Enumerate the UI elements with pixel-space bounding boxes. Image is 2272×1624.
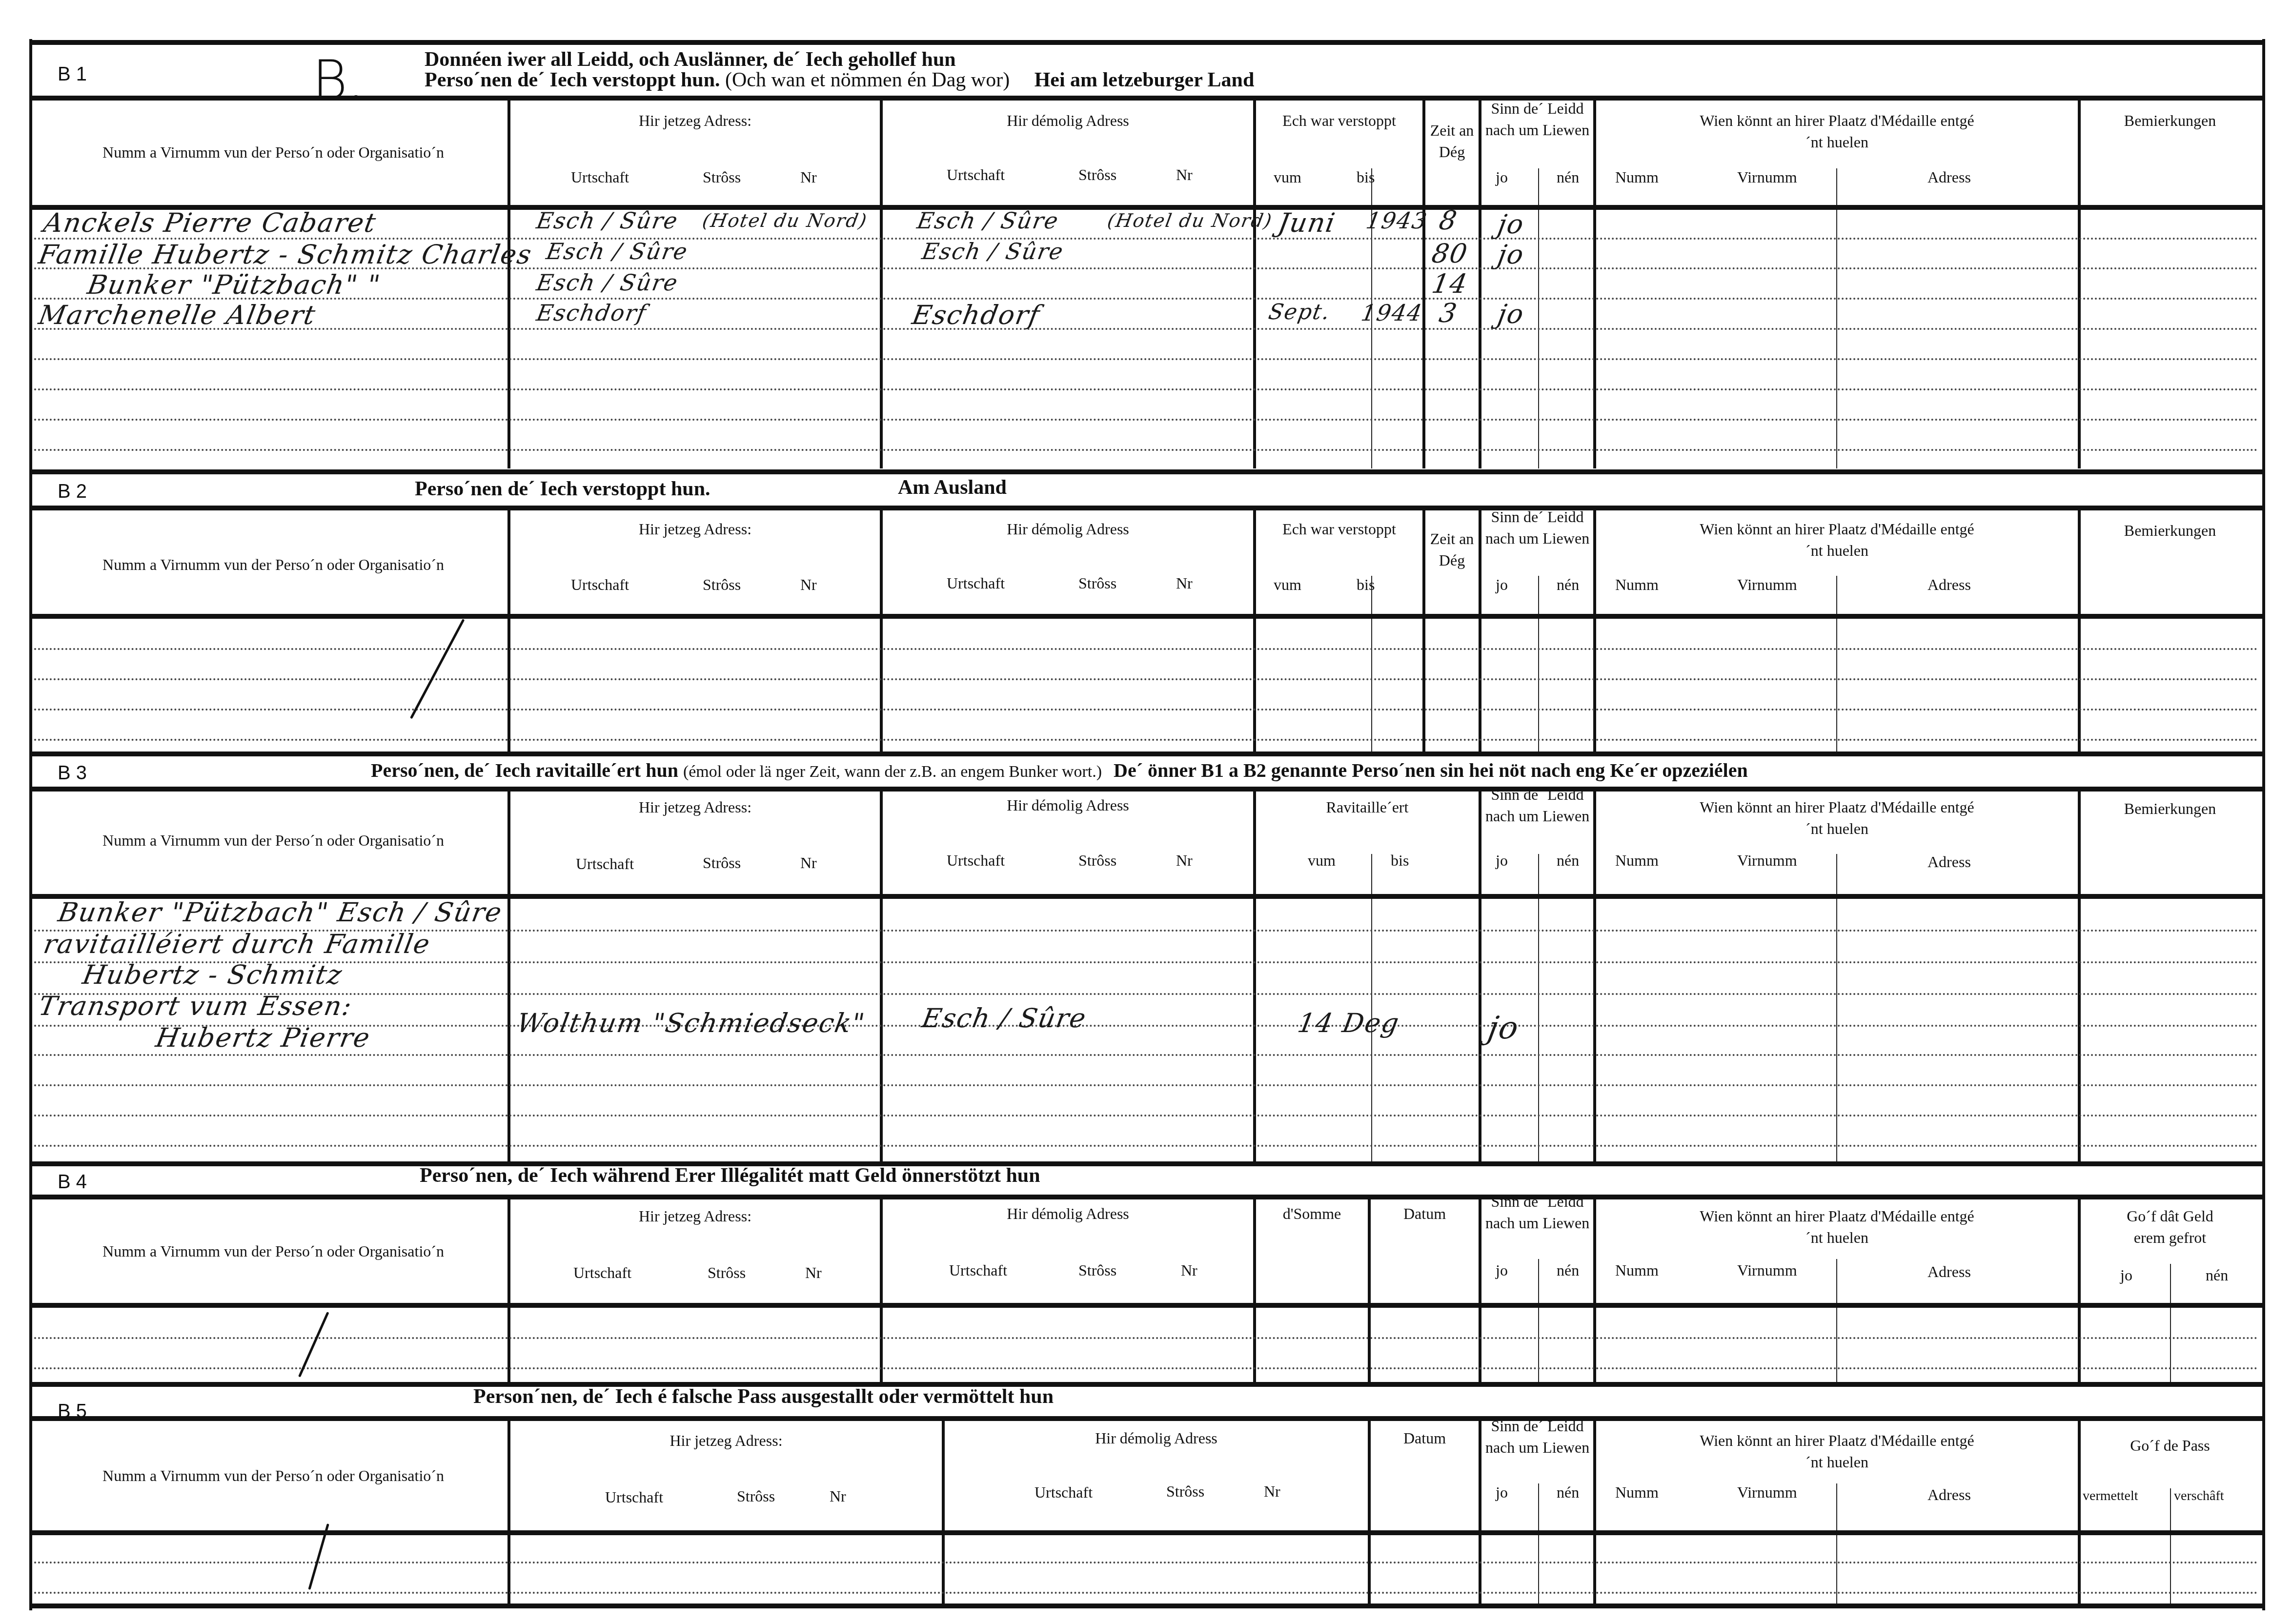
b5-header-date: Datum — [1371, 1427, 1479, 1449]
b5-subcol-div — [1538, 1483, 1539, 1604]
b5-row-line — [34, 1562, 2259, 1563]
b4-sub-place-former: Urtschaft — [949, 1261, 1007, 1279]
b1-col-div — [1593, 98, 1596, 468]
b5-header-alive: Sinn de´ Leidd nach um Liewen — [1481, 1415, 1593, 1458]
b3-sub-surname: Numm — [1615, 852, 1659, 870]
b2-sub-place: Urtschaft — [571, 576, 629, 594]
b3-header-top — [32, 787, 2262, 792]
b3-row-line — [34, 1084, 2259, 1086]
b3-sub-from: vum — [1308, 852, 1336, 870]
b1-row1-name: Anckels Pierre Cabaret — [41, 207, 379, 238]
b1-sub-place-former: Urtschaft — [947, 166, 1005, 184]
b3-header-former-address: Hir démolig Adress — [883, 794, 1253, 816]
b1-row1-former-place: Esch / Sûre — [915, 207, 1061, 234]
b1-row-line — [34, 419, 2259, 421]
b1-sub-nr: Nr — [800, 168, 817, 186]
b2-sub-nr: Nr — [800, 576, 817, 594]
b5-sub-surname: Numm — [1615, 1483, 1659, 1502]
b5-sub-no: nén — [1557, 1483, 1579, 1502]
b2-header-name: Numm a Virnumm vun der Perso´n oder Orga… — [44, 554, 503, 575]
b1-header-top — [32, 96, 2262, 101]
b5-subcol-div — [1836, 1483, 1837, 1604]
b2-subcol-div — [1538, 576, 1539, 751]
b3-supplied: 14 Deg — [1295, 1008, 1402, 1038]
b3-col-div — [507, 789, 510, 1161]
b4-col-div — [880, 1197, 883, 1382]
b1-row3-name: Bunker "Pützbach" " — [85, 269, 383, 300]
b4-body-top — [32, 1303, 2262, 1308]
b1-header-hidden: Ech war verstoppt — [1256, 110, 1422, 131]
b5-body-top — [32, 1530, 2262, 1535]
b5-sub-firstname: Virnumm — [1737, 1483, 1797, 1502]
b1-header-medal: Wien könnt an hirer Plaatz d'Médaille en… — [1596, 110, 2078, 153]
b5-header-current-address: Hir jetzeg Adress: — [510, 1430, 942, 1451]
form-letter: B. — [312, 49, 365, 111]
b1-sub-surname: Numm — [1615, 168, 1659, 186]
b1-row1-current-place: Esch / Sûre — [534, 207, 680, 234]
b3-row-line — [34, 1054, 2259, 1056]
b1-row-line — [34, 328, 2259, 330]
b1-row3-days: 14 — [1429, 268, 1470, 299]
b1-row1-former-street: (Hotel du Nord) — [1106, 210, 1274, 231]
b4-sub-yes: jo — [1496, 1261, 1508, 1279]
b3-header-current-address: Hir jetzeg Adress: — [510, 796, 880, 818]
b2-col-div — [507, 507, 510, 751]
b2-row-line — [34, 709, 2259, 710]
b1-subcol-div — [1836, 168, 1837, 468]
b3-former-place: Esch / Sûre — [919, 1003, 1089, 1034]
b1-sub-place: Urtschaft — [571, 168, 629, 186]
b3-sub-nr: Nr — [800, 854, 817, 872]
b1-header-remarks: Bemierkungen — [2081, 110, 2259, 131]
b2-sub-street: Strôss — [703, 576, 741, 594]
b1-row2-current-place: Esch / Sûre — [544, 238, 690, 264]
b1-row4-to: 1944 — [1359, 300, 1425, 326]
b1-sub-no: nén — [1557, 168, 1579, 186]
b4-title: Perso´nen, de´ Iech während Erer Illégal… — [420, 1164, 1040, 1187]
b1-header-former-address: Hir démolig Adress — [883, 110, 1253, 131]
b4-sub-street: Strôss — [708, 1264, 746, 1282]
b4-row-line — [34, 1337, 2259, 1339]
b1-subcol-div — [1538, 168, 1539, 468]
b2-header-remarks: Bemierkungen — [2081, 520, 2259, 541]
b3-sub-to: bis — [1391, 852, 1409, 870]
b1-row4-name: Marchenelle Albert — [36, 300, 318, 330]
b3-header-supplied: Ravitaille´ert — [1256, 796, 1479, 818]
b4-subcol-div — [2170, 1264, 2171, 1382]
b1-col-div — [507, 98, 510, 468]
b5-sub-street: Strôss — [737, 1487, 775, 1505]
b2-header-top — [32, 506, 2262, 510]
b1-header-current-address: Hir jetzeg Adress: — [510, 110, 880, 131]
b5-header-top — [32, 1416, 2262, 1421]
b1-col-div — [880, 98, 883, 468]
b3-top — [32, 751, 2262, 756]
section-code-b1: B 1 — [58, 63, 87, 85]
b3-header-medal: Wien könnt an hirer Plaatz d'Médaille en… — [1596, 796, 2078, 839]
b5-top — [32, 1382, 2262, 1387]
b1-row-line — [34, 449, 2259, 451]
b3-note-line2: ravitailléiert durch Famille — [41, 929, 433, 959]
b2-header-former-address: Hir démolig Adress — [883, 518, 1253, 540]
b2-sub-address: Adress — [1927, 576, 1971, 594]
b5-sub-mediated: vermettelt — [2083, 1488, 2138, 1504]
b4-header-money-return: Go´f dât Geld erem gefrot — [2081, 1205, 2259, 1248]
b3-sub-firstname: Virnumm — [1737, 852, 1797, 870]
b4-subcol-div — [1836, 1259, 1837, 1382]
b1-sub-address: Adress — [1927, 168, 1971, 186]
b2-header-medal: Wien könnt an hirer Plaatz d'Médaille en… — [1596, 518, 2078, 561]
b4-header-former-address: Hir démolig Adress — [883, 1203, 1253, 1224]
b4-col-div — [1253, 1197, 1256, 1382]
b4-header-date: Datum — [1371, 1203, 1479, 1224]
b3-row-line — [34, 1115, 2259, 1116]
b1-row1-alive: jo — [1495, 209, 1526, 240]
b1-sub-street: Strôss — [703, 168, 741, 186]
b2-col-div — [2078, 507, 2081, 751]
b4-header-current-address: Hir jetzeg Adress: — [510, 1205, 880, 1227]
b1-sub-nr-former: Nr — [1176, 166, 1193, 184]
b5-row-line — [34, 1592, 2259, 1594]
b1-sub-firstname: Virnumm — [1737, 168, 1797, 186]
b4-sub-money-no: nén — [2206, 1266, 2228, 1284]
b3-col-div — [1479, 789, 1481, 1161]
b4-row-line — [34, 1367, 2259, 1369]
b1-sub-street-former: Strôss — [1078, 166, 1116, 184]
b3-col-div — [2078, 789, 2081, 1161]
b1-row4-current-place: Eschdorf — [534, 300, 649, 326]
b3-title: Perso´nen, de´ Iech ravitaille´ert hun (… — [371, 759, 1748, 782]
b2-col-div — [880, 507, 883, 751]
b2-subcol-div — [1836, 576, 1837, 751]
b1-row2-former-place: Esch / Sûre — [920, 238, 1066, 264]
b4-sub-place: Urtschaft — [573, 1264, 631, 1282]
b1-row1-to: 1943 — [1364, 207, 1430, 234]
b5-sub-yes: jo — [1496, 1483, 1508, 1502]
b1-header-days: Zeit an Dég — [1425, 120, 1479, 162]
b2-title: Perso´nen de´ Iech verstoppt hun. — [415, 477, 710, 501]
b1-row4-former-place: Eschdorf — [910, 300, 1042, 330]
b4-header-top — [32, 1195, 2262, 1199]
b2-body-top — [32, 614, 2262, 619]
b3-col-div — [1253, 789, 1256, 1161]
b2-header-hidden: Ech war verstoppt — [1256, 518, 1422, 540]
b2-col-div — [1253, 507, 1256, 751]
b3-note-line4: Transport vum Essen: — [36, 991, 355, 1021]
b4-header-sum: d'Somme — [1256, 1203, 1368, 1224]
b3-sub-place: Urtschaft — [576, 855, 634, 873]
b4-sub-surname: Numm — [1615, 1261, 1659, 1279]
b3-header-remarks: Bemierkungen — [2081, 798, 2259, 819]
b3-header-alive: Sinn de´ Leidd nach um Liewen — [1481, 784, 1593, 827]
b2-sub-to: bis — [1357, 576, 1375, 594]
b2-sub-no: nén — [1557, 576, 1579, 594]
b3-current-place: Wolthum "Schmiedseck" — [514, 1008, 868, 1038]
b2-header-days: Zeit an Dég — [1425, 528, 1479, 571]
b3-row-line — [34, 1145, 2259, 1147]
b3-sub-address: Adress — [1927, 853, 1971, 871]
b3-col-div — [880, 789, 883, 1161]
b2-sub-street-former: Strôss — [1078, 574, 1116, 592]
b5-title: Person´nen, de´ Iech é falsche Pass ausg… — [473, 1385, 1054, 1408]
b1-row2-name: Famille Hubertz - Schmitz Charles — [36, 239, 534, 270]
b1-row3-current-place: Esch / Sûre — [534, 269, 680, 296]
b1-col-div — [2078, 98, 2081, 468]
b2-header-current-address: Hir jetzeg Adress: — [510, 518, 880, 540]
b3-row-line — [34, 993, 2259, 995]
b2-header-alive: Sinn de´ Leidd nach um Liewen — [1481, 506, 1593, 549]
b1-sub-to: bis — [1357, 168, 1375, 186]
b3-note-line5: Hubertz Pierre — [153, 1022, 373, 1053]
b4-subcol-div — [1538, 1259, 1539, 1382]
top-border — [29, 40, 2262, 45]
b3-sub-yes: jo — [1496, 852, 1508, 870]
b3-sub-no: nén — [1557, 852, 1579, 870]
b5-sub-address: Adress — [1927, 1486, 1971, 1504]
b4-header-alive: Sinn de´ Leidd nach um Liewen — [1481, 1191, 1593, 1234]
b2-sub-place-former: Urtschaft — [947, 574, 1005, 592]
b2-row-line — [34, 678, 2259, 680]
b2-sub-yes: jo — [1496, 576, 1508, 594]
b2-sub-firstname: Virnumm — [1737, 576, 1797, 594]
b1-sub-from: vum — [1274, 168, 1301, 186]
b5-header-passport: Go´f de Pass — [2081, 1435, 2259, 1456]
bottom-border — [29, 1604, 2262, 1608]
b3-alive: jo — [1485, 1010, 1521, 1046]
b3-sub-street-former: Strôss — [1078, 852, 1116, 870]
b1-row2-days: 80 — [1429, 238, 1470, 269]
b1-row1-current-street: (Hotel du Nord) — [701, 210, 869, 231]
b2-title-suffix: Am Ausland — [898, 476, 1007, 499]
b5-header-name: Numm a Virnumm vun der Perso´n oder Orga… — [44, 1465, 503, 1486]
section-code-b3: B 3 — [58, 762, 87, 784]
b1-title-line1: Donnéen iwer all Leidd, och Auslänner, d… — [425, 48, 956, 71]
b1-row-line — [34, 388, 2259, 390]
b4-sub-nr-former: Nr — [1181, 1261, 1197, 1279]
b2-row-line — [34, 739, 2259, 741]
b1-row4-from: Sept. — [1267, 300, 1333, 325]
b5-sub-place: Urtschaft — [605, 1488, 663, 1506]
b4-header-medal: Wien könnt an hirer Plaatz d'Médaille en… — [1596, 1205, 2078, 1248]
b4-sub-street-former: Strôss — [1078, 1261, 1116, 1279]
b5-sub-nr-former: Nr — [1264, 1482, 1280, 1501]
b2-top — [32, 469, 2262, 474]
b2-sub-from: vum — [1274, 576, 1301, 594]
b2-subcol-div — [1371, 576, 1372, 751]
b2-sub-nr-former: Nr — [1176, 574, 1193, 592]
b4-top — [32, 1161, 2262, 1166]
b1-row2-alive: jo — [1495, 239, 1526, 270]
section-code-b2: B 2 — [58, 481, 87, 503]
b3-note-line3: Hubertz - Schmitz — [80, 959, 345, 990]
b3-note-line1: Bunker "Pützbach" Esch / Sûre — [56, 897, 505, 928]
b5-header-former-address: Hir démolig Adress — [945, 1427, 1368, 1449]
b4-sub-address: Adress — [1927, 1263, 1971, 1281]
b3-sub-place-former: Urtschaft — [947, 852, 1005, 870]
b1-row4-alive: jo — [1495, 299, 1526, 329]
b1-row1-from: Juni — [1276, 207, 1338, 238]
b5-header-medal: Wien könnt an hirer Plaatz d'Médaille en… — [1596, 1430, 2078, 1473]
b3-header-name: Numm a Virnumm vun der Perso´n oder Orga… — [44, 830, 503, 851]
b1-col-div — [1479, 98, 1481, 468]
b1-title-line2: Perso´nen de´ Iech verstoppt hun. (Och w… — [425, 68, 1254, 92]
b3-col-div — [1593, 789, 1596, 1161]
b4-sub-firstname: Virnumm — [1737, 1261, 1797, 1279]
b5-sub-street-former: Strôss — [1166, 1482, 1204, 1501]
b4-sub-nr: Nr — [805, 1264, 822, 1282]
b1-col-div — [1253, 98, 1256, 468]
b5-sub-nr: Nr — [830, 1487, 846, 1505]
b2-row-line — [34, 648, 2259, 650]
b5-sub-place-former: Urtschaft — [1035, 1483, 1093, 1502]
b3-row-line — [34, 961, 2259, 963]
b5-sub-procured: verschâft — [2174, 1488, 2224, 1504]
b4-header-name: Numm a Virnumm vun der Perso´n oder Orga… — [44, 1240, 503, 1262]
b1-row-line — [34, 358, 2259, 360]
b1-header-alive: Sinn de´ Leidd nach um Liewen — [1481, 98, 1593, 141]
b4-sub-no: nén — [1557, 1261, 1579, 1279]
b1-header-name: Numm a Virnumm vun der Perso´n oder Orga… — [44, 142, 503, 163]
b5-subcol-div — [2170, 1488, 2171, 1604]
b3-sub-street: Strôss — [703, 854, 741, 872]
b2-sub-surname: Numm — [1615, 576, 1659, 594]
b1-sub-yes: jo — [1496, 168, 1508, 186]
section-code-b4: B 4 — [58, 1171, 87, 1193]
b4-sub-money-yes: jo — [2120, 1266, 2132, 1284]
b3-sub-nr-former: Nr — [1176, 852, 1193, 870]
b4-col-div — [1368, 1197, 1371, 1382]
